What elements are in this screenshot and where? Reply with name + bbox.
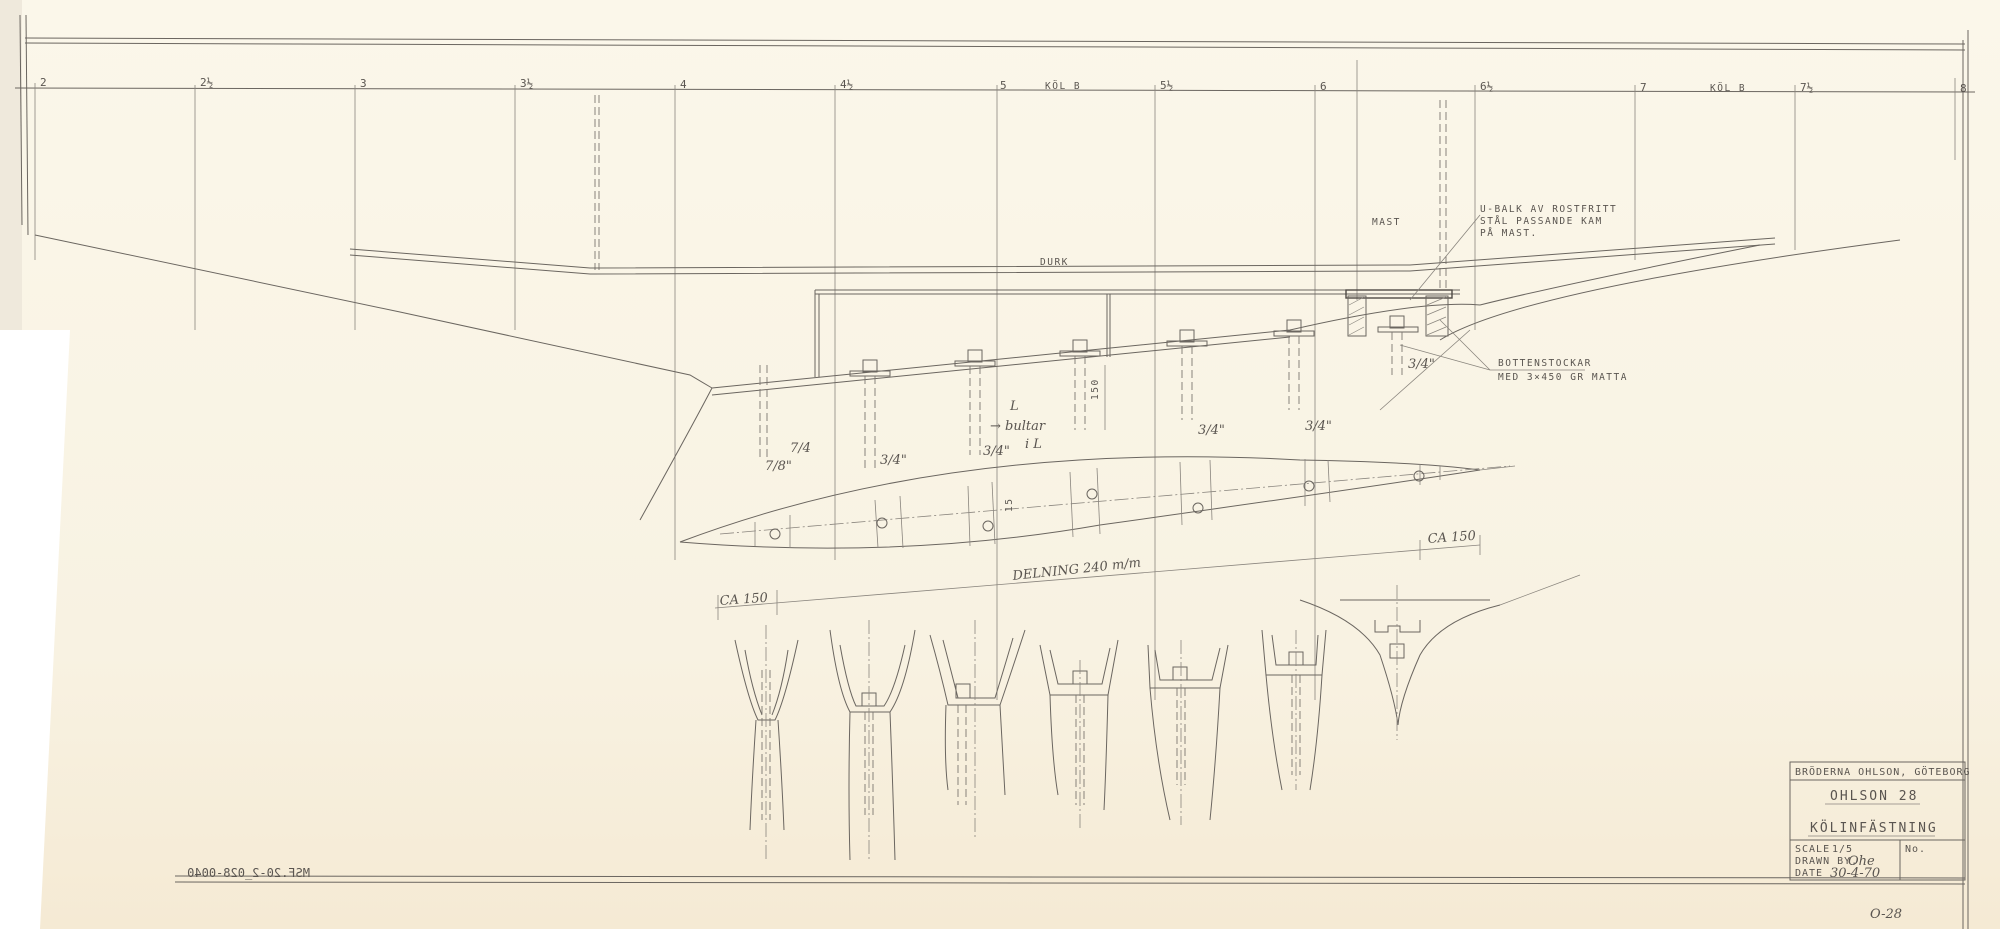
station-tick: 6: [1320, 80, 1327, 93]
svg-text:i L: i L: [1025, 437, 1042, 452]
station-tick: 3½: [520, 77, 533, 90]
drawing-sheet: 2 2½ 3 3½ 4 4½ 5 5½ 6 6½ 7 7½ 8 KÖL B KÖ…: [0, 0, 2000, 929]
title-block: BRÖDERNA OHLSON, GÖTEBORG OHLSON 28 KÖLI…: [1790, 762, 1971, 922]
annotations: U-BALK AV ROSTFRITT STÅL PASSANDE KAM PÅ…: [1480, 204, 1628, 383]
bolt-size-annotation: 7/4: [790, 441, 811, 456]
svg-text:→ bultar: → bultar: [990, 419, 1046, 434]
date-value: 30-4-70: [1830, 866, 1880, 881]
station-tick: 4: [680, 78, 687, 91]
cross-section-6: [1262, 630, 1326, 790]
keel-b-label: KÖL B: [1710, 83, 1746, 94]
station-tick: 5: [1000, 79, 1007, 92]
paper-edge: [0, 0, 22, 330]
bolt-size-labels: 7/8" 7/4 3/4" 3/4" 3/4" 3/4" 3/4": [765, 357, 1435, 474]
mast-label: MAST: [1372, 217, 1401, 228]
ca-150-right: CA 150: [1427, 529, 1476, 547]
company-name: BRÖDERNA OHLSON, GÖTEBORG: [1795, 765, 1971, 778]
floor-frame-box: [815, 290, 1460, 377]
durk-label: DURK: [1040, 257, 1069, 268]
number-label: No.: [1905, 844, 1926, 855]
bolt-size: 7/8": [765, 459, 792, 474]
date-label: DATE: [1795, 868, 1823, 879]
cross-section-4: [1040, 640, 1118, 830]
u-balk-note: PÅ MAST.: [1480, 227, 1538, 239]
station-tick: 7: [1640, 81, 1647, 94]
cross-section-5: [1148, 640, 1228, 825]
bottenstockar-note: MED 3×450 GR MATTA: [1498, 372, 1628, 383]
u-balk-note: U-BALK AV ROSTFRITT: [1480, 204, 1617, 215]
delning-label: DELNING 240 m/m: [1011, 556, 1142, 585]
delning-dimension: DELNING 240 m/m CA 150 CA 150: [715, 529, 1480, 620]
bolt-size: 3/4": [1408, 357, 1435, 372]
station-tick: 6½: [1480, 80, 1493, 93]
dimension-150: 150: [1090, 378, 1101, 400]
torn-paper-corner: [0, 330, 70, 929]
keel-cross-sections: [735, 575, 1580, 860]
station-baseline: [15, 88, 1975, 92]
bolt-size: 3/4": [983, 444, 1010, 459]
u-balk-note: STÅL PASSANDE KAM: [1480, 215, 1603, 227]
sheet-border: [20, 15, 1968, 929]
dimension-15: 15: [1004, 498, 1015, 512]
bottenstockar-note: BOTTENSTOCKAR: [1498, 358, 1592, 369]
bolt-size: 3/4": [1305, 419, 1332, 434]
cross-section-7: [1300, 575, 1580, 740]
floor-durk: DURK: [350, 238, 1775, 274]
station-tick-labels: 2 2½ 3 3½ 4 4½ 5 5½ 6 6½ 7 7½ 8 KÖL B KÖ…: [40, 76, 1967, 95]
keel-bolts-profile: 150: [760, 316, 1418, 470]
cross-section-3: [930, 620, 1025, 840]
mast-step-u-beam: [1346, 215, 1585, 370]
u-balk-leader: [1410, 215, 1480, 300]
drawing-title: KÖLINFÄSTNING: [1810, 819, 1938, 836]
cross-section-1: [735, 625, 798, 860]
cross-section-2: [830, 620, 915, 860]
keel-b-label: KÖL B: [1045, 81, 1081, 92]
station-tick: 4½: [840, 78, 853, 91]
bolt-size: 3/4": [1198, 423, 1225, 438]
ca-150-left: CA 150: [719, 591, 768, 609]
keel-fastening-drawing: 2 2½ 3 3½ 4 4½ 5 5½ 6 6½ 7 7½ 8 KÖL B KÖ…: [0, 0, 2000, 929]
station-tick: 3: [360, 77, 367, 90]
station-tick: 8: [1960, 82, 1967, 95]
archive-stamp: MSF.20-2_028-0040: [187, 866, 310, 880]
bolt-size: 3/4": [880, 453, 907, 468]
station-tick: 5½: [1160, 79, 1173, 92]
station-tick: 2: [40, 76, 47, 89]
scale-label: SCALE: [1795, 844, 1830, 855]
keel-plan-view: 15: [680, 457, 1515, 548]
station-tick: 2½: [200, 76, 213, 89]
project-name: OHLSON 28: [1830, 789, 1918, 804]
svg-text:L: L: [1009, 399, 1019, 414]
station-tick: 7½: [1800, 81, 1813, 94]
station-lines: [35, 60, 1955, 700]
sheet-number: O-28: [1870, 907, 1902, 922]
